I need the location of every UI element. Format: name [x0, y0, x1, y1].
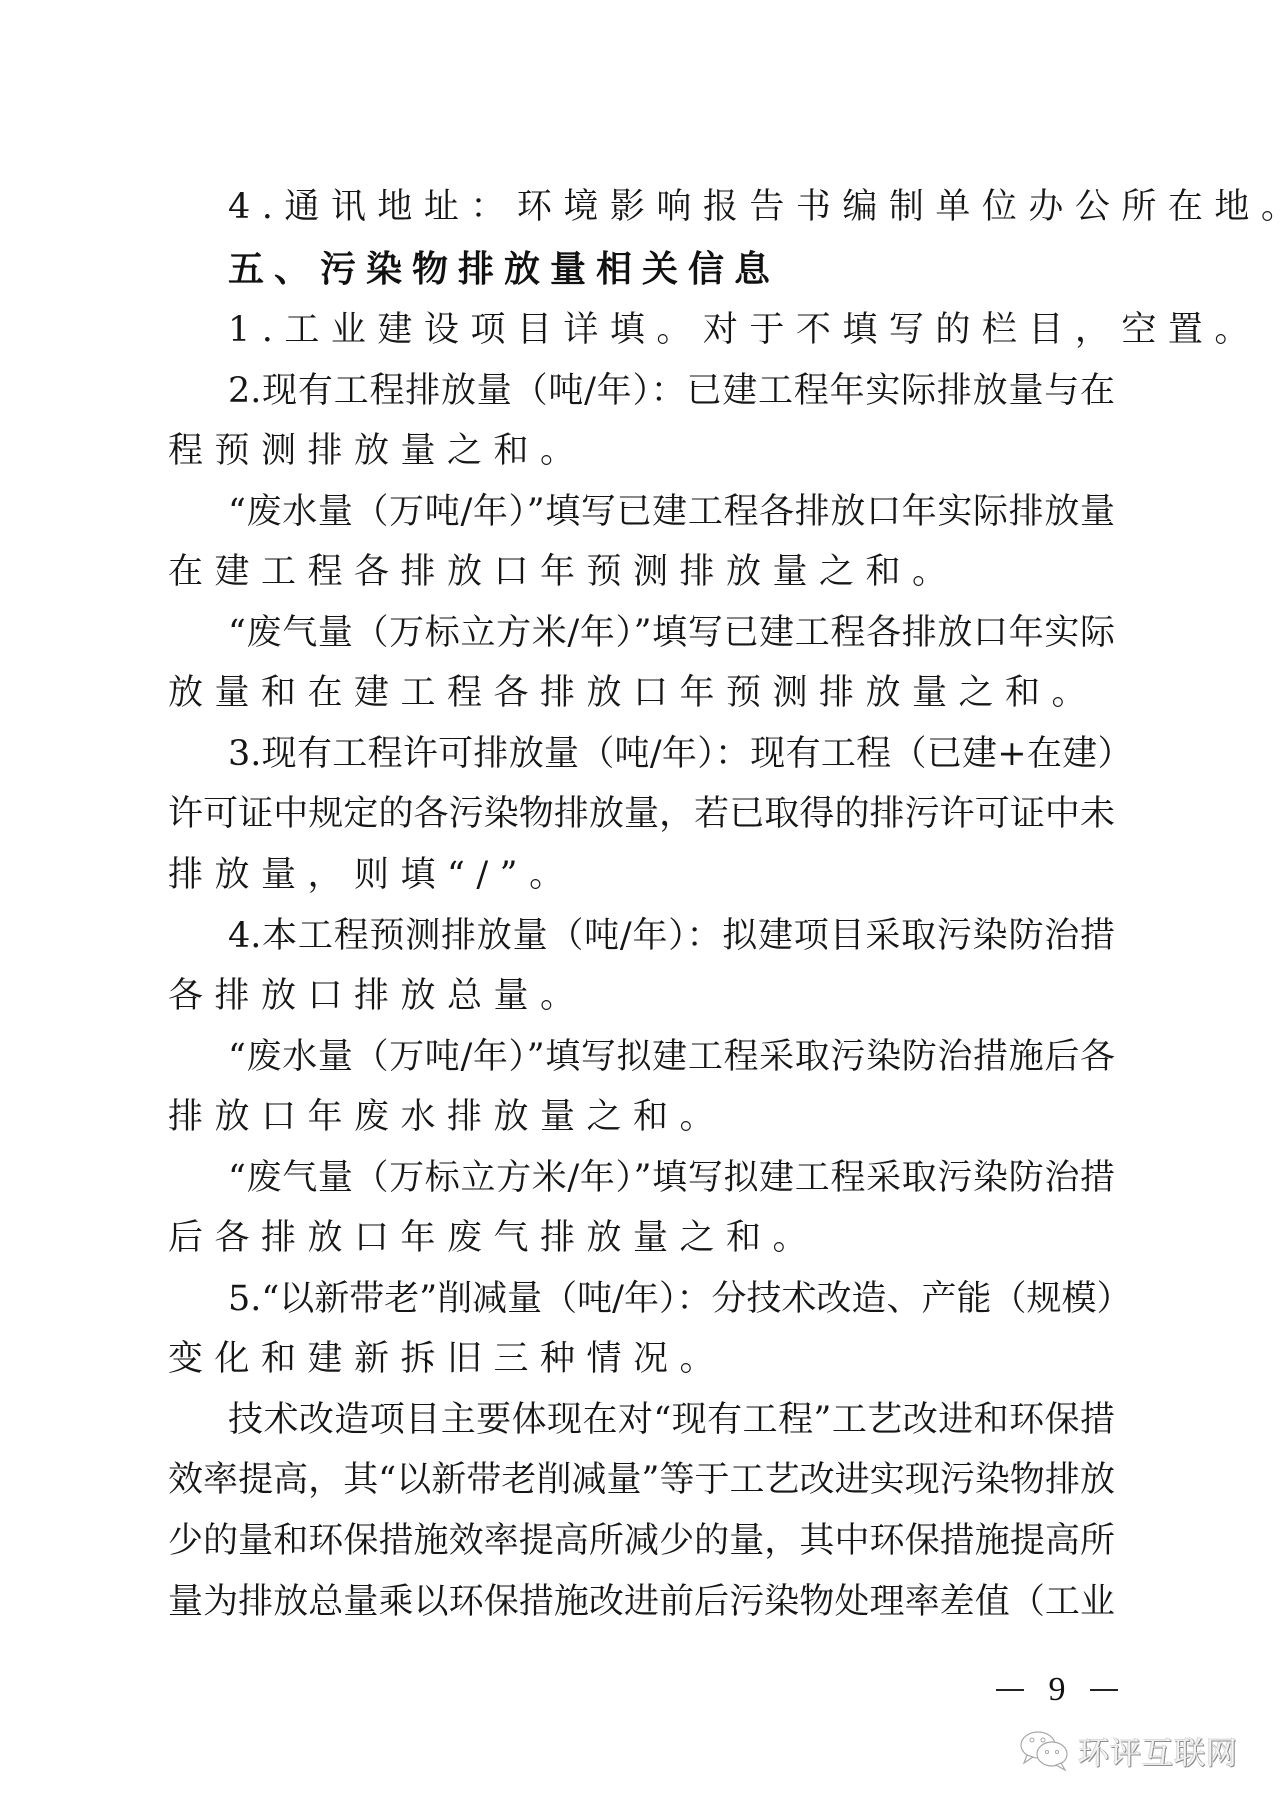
- wastewater-proposed-line-1: “废水量（万吨/年）”填写拟建工程采取污染防治措施后各: [228, 1035, 1115, 1079]
- item-1-industrial-project: 1.工业建设项目详填。对于不填写的栏目，空置。: [228, 308, 1261, 352]
- item-5-reduction-line-1: 5.“以新带老”削减量（吨/年）：分技术改造、产能（规模）: [228, 1277, 1115, 1321]
- tech-upgrade-line-4: 量为排放总量乘以环保措施改进前后污染物处理率差值（工业固体: [168, 1580, 1115, 1624]
- item-4-predicted-line-2: 各排放口排放总量。: [168, 974, 587, 1018]
- wastewater-proposed-line-2: 排放口年废水排放量之和。: [168, 1095, 726, 1139]
- item-3-permit-line-3: 排放量，则填“/”。: [168, 853, 576, 897]
- item-4-predicted-line-1: 4.本工程预测排放量（吨/年）：拟建项目采取污染防治措施后: [228, 914, 1115, 958]
- item-3-permit-line-1: 3.现有工程许可排放量（吨/年）：现有工程（已建+在建）排污: [228, 732, 1115, 776]
- tech-upgrade-line-2: 效率提高，其“以新带老削减量”等于工艺改进实现污染物排放减: [168, 1458, 1115, 1502]
- wechat-icon: [1018, 1728, 1072, 1772]
- exhaust-existing-line-2: 放量和在建工程各排放口年预测排放量之和。: [168, 671, 1098, 715]
- page-number-dash-left: [996, 1689, 1024, 1691]
- exhaust-proposed-line-2: 后各排放口年废气排放量之和。: [168, 1216, 819, 1260]
- section-heading-5: 五、污染物排放量相关信息: [228, 247, 780, 293]
- item-2-existing-emission-line-1: 2.现有工程排放量（吨/年）：已建工程年实际排放量与在建工: [228, 369, 1115, 413]
- item-5-reduction-line-2: 变化和建新拆旧三种情况。: [168, 1337, 726, 1381]
- page-number: 9: [996, 1670, 1118, 1710]
- document-page: 4.通讯地址：环境影响报告书编制单位办公所在地。 五、污染物排放量相关信息 1.…: [0, 0, 1280, 1810]
- item-3-permit-line-2: 许可证中规定的各污染物排放量，若已取得的排污许可证中未许可: [168, 792, 1115, 836]
- tech-upgrade-line-3: 少的量和环保措施效率提高所减少的量，其中环保措施提高所减少: [168, 1519, 1115, 1563]
- watermark-text: 环评互联网: [1078, 1728, 1238, 1773]
- page-number-dash-right: [1090, 1689, 1118, 1691]
- page-number-value: 9: [1049, 1671, 1066, 1709]
- watermark: 环评互联网: [1018, 1728, 1238, 1772]
- item-2-existing-emission-line-2: 程预测排放量之和。: [168, 429, 587, 473]
- tech-upgrade-line-1: 技术改造项目主要体现在对“现有工程”工艺改进和环保措施: [228, 1398, 1115, 1442]
- exhaust-proposed-line-1: “废气量（万标立方米/年）”填写拟建工程采取污染防治措施: [228, 1156, 1115, 1200]
- item-4-contact-address: 4.通讯地址：环境影响报告书编制单位办公所在地。: [228, 185, 1280, 229]
- wastewater-existing-line-2: 在建工程各排放口年预测排放量之和。: [168, 550, 959, 594]
- exhaust-existing-line-1: “废气量（万标立方米/年）”填写已建工程各排放口年实际排: [228, 611, 1115, 655]
- wastewater-existing-line-1: “废水量（万吨/年）”填写已建工程各排放口年实际排放量和: [228, 490, 1115, 534]
